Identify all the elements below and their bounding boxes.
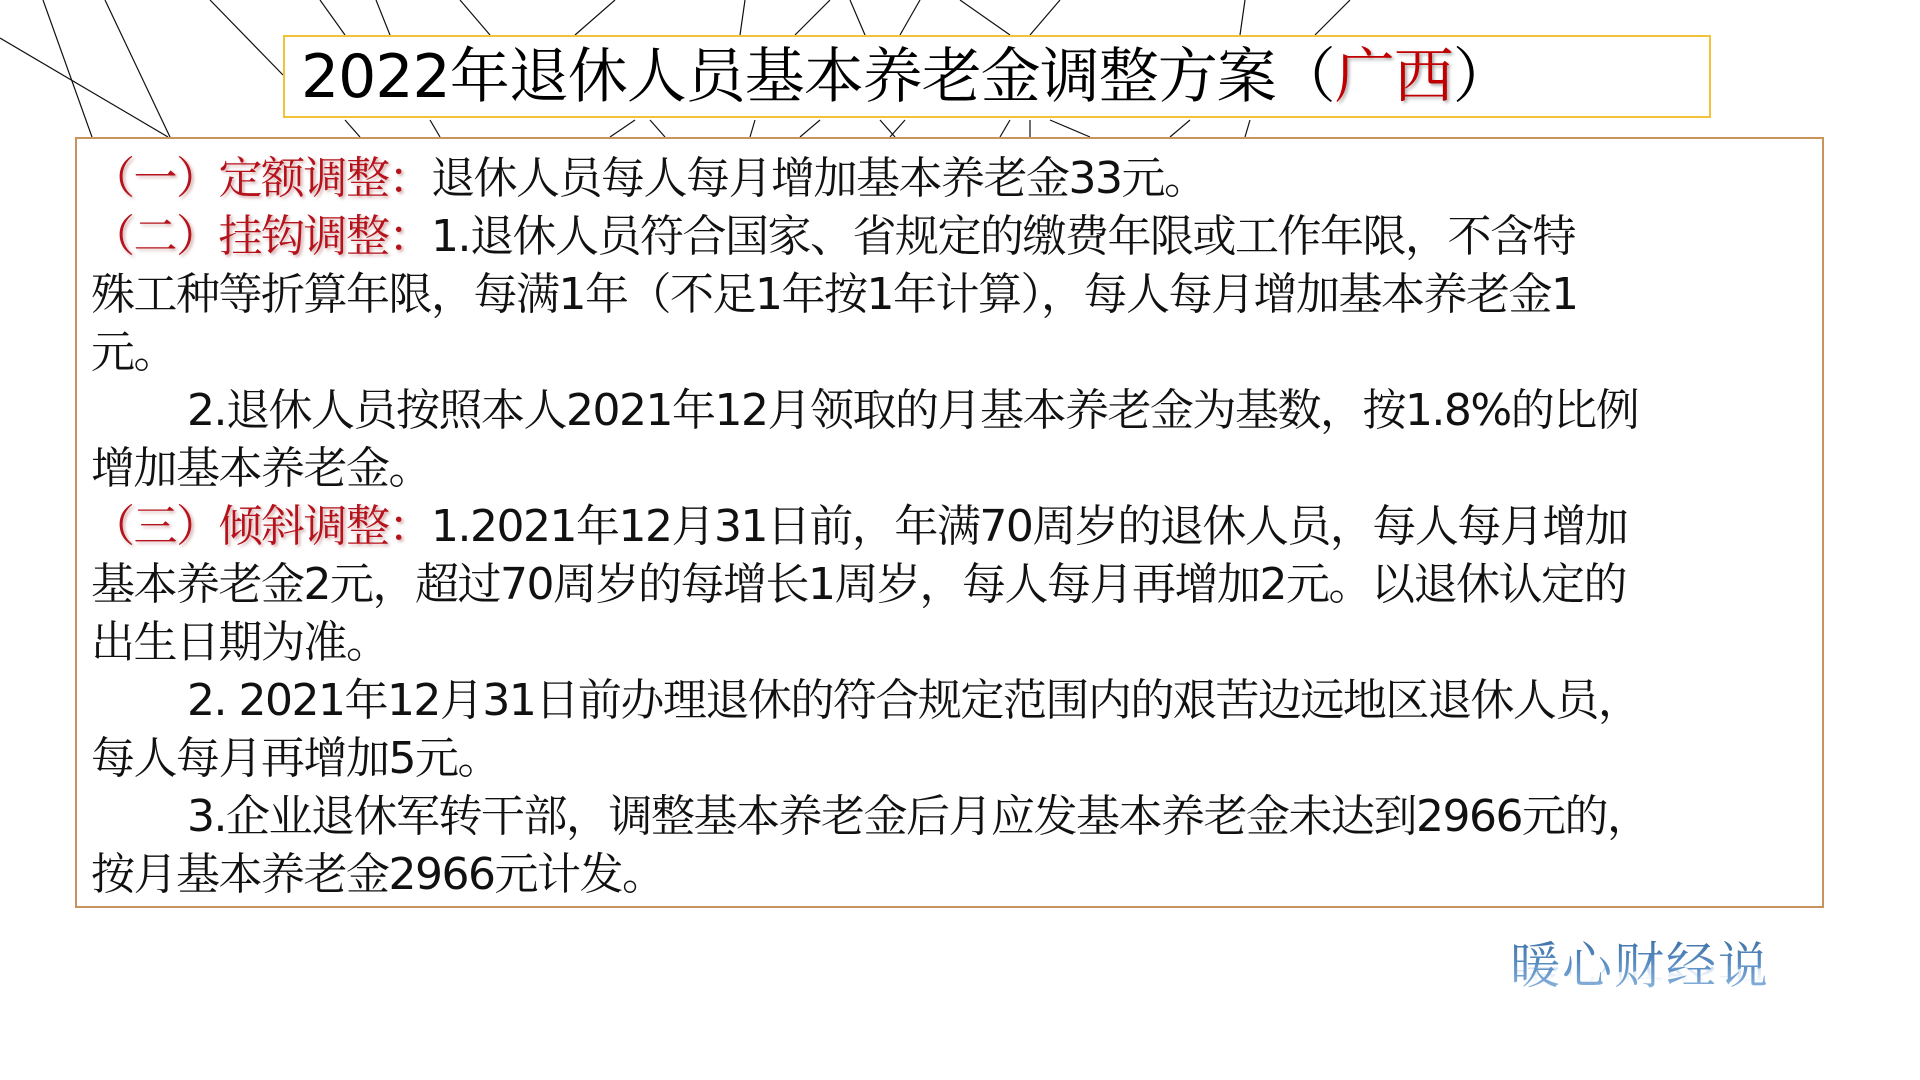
content-line-8: 基本养老金2元，超过70周岁的每增长1周岁，每人每月再增加2元。以退休认定的 bbox=[91, 557, 1626, 613]
content-line-10: 2. 2021年12月31日前办理退休的符合规定范围内的艰苦边远地区退休人员， bbox=[187, 673, 1640, 729]
content-line-7: （三）倾斜调整：1.2021年12月31日前，年满70周岁的退休人员，每人每月增… bbox=[91, 499, 1627, 555]
line-text: 增加基本养老金。 bbox=[91, 443, 431, 494]
content-line-3: 殊工种等折算年限，每满1年（不足1年按1年计算），每人每月增加基本养老金1 bbox=[91, 267, 1577, 323]
watermark-reflection: 暖心财经说 bbox=[1510, 966, 1770, 996]
page-title: 2022年退休人员基本养老金调整方案（广西） bbox=[301, 41, 1512, 113]
line-text: 出生日期为准。 bbox=[91, 617, 389, 668]
content-line-11: 每人每月再增加5元。 bbox=[91, 731, 500, 787]
line-text: 元。 bbox=[91, 327, 176, 378]
content-line-4: 元。 bbox=[91, 325, 176, 381]
section-heading-tilted: （三）倾斜调整： bbox=[91, 501, 431, 552]
content-line-12: 3.企业退休军转干部，调整基本养老金后月应发基本养老金未达到2966元的， bbox=[187, 789, 1649, 845]
content-line-13: 按月基本养老金2966元计发。 bbox=[91, 847, 664, 903]
line-text: 2.退休人员按照本人2021年12月领取的月基本养老金为基数，按1.8%的比例 bbox=[187, 385, 1638, 436]
content-line-2: （二）挂钩调整：1.退休人员符合国家、省规定的缴费年限或工作年限，不含特 bbox=[91, 209, 1575, 265]
title-paren-close: ） bbox=[1453, 42, 1512, 112]
section-heading-fixed: （一）定额调整： bbox=[91, 153, 431, 204]
line-text: 退休人员每人每月增加基本养老金33元。 bbox=[431, 153, 1207, 204]
title-box: 2022年退休人员基本养老金调整方案（广西） bbox=[283, 35, 1711, 118]
title-region: 广西 bbox=[1335, 42, 1453, 112]
line-text: 殊工种等折算年限，每满1年（不足1年按1年计算），每人每月增加基本养老金1 bbox=[91, 269, 1577, 320]
content-box: （一）定额调整：退休人员每人每月增加基本养老金33元。 （二）挂钩调整：1.退休… bbox=[75, 137, 1824, 908]
line-text: 按月基本养老金2966元计发。 bbox=[91, 849, 664, 900]
content-line-5: 2.退休人员按照本人2021年12月领取的月基本养老金为基数，按1.8%的比例 bbox=[187, 383, 1638, 439]
line-text: 3.企业退休军转干部，调整基本养老金后月应发基本养老金未达到2966元的， bbox=[187, 791, 1649, 842]
line-text: 1.退休人员符合国家、省规定的缴费年限或工作年限，不含特 bbox=[431, 211, 1575, 262]
content-line-6: 增加基本养老金。 bbox=[91, 441, 431, 497]
line-text: 1.2021年12月31日前，年满70周岁的退休人员，每人每月增加 bbox=[431, 501, 1627, 552]
section-heading-linked: （二）挂钩调整： bbox=[91, 211, 431, 262]
title-paren-open: （ bbox=[1276, 42, 1335, 112]
line-text: 每人每月再增加5元。 bbox=[91, 733, 500, 784]
content-line-1: （一）定额调整：退休人员每人每月增加基本养老金33元。 bbox=[91, 151, 1207, 207]
line-text: 2. 2021年12月31日前办理退休的符合规定范围内的艰苦边远地区退休人员， bbox=[187, 675, 1640, 726]
content-line-9: 出生日期为准。 bbox=[91, 615, 389, 671]
title-main: 2022年退休人员基本养老金调整方案 bbox=[301, 42, 1276, 112]
line-text: 基本养老金2元，超过70周岁的每增长1周岁，每人每月再增加2元。以退休认定的 bbox=[91, 559, 1626, 610]
